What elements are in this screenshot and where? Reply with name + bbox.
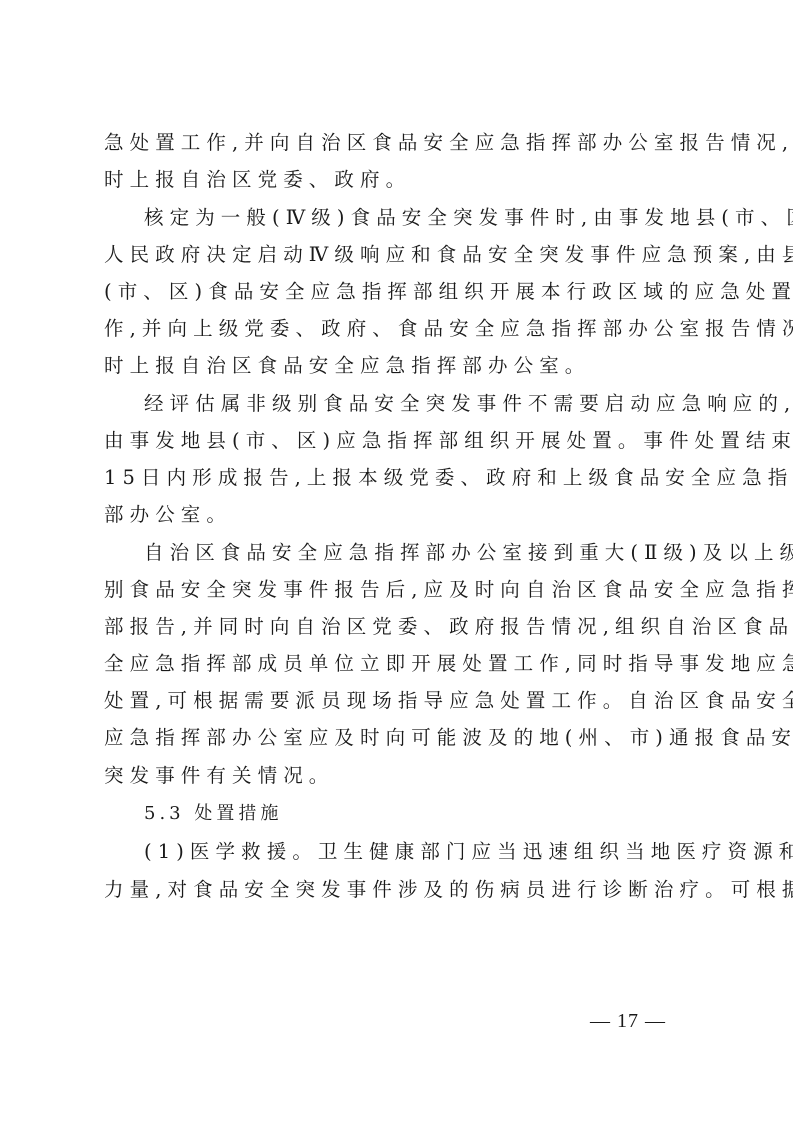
text-line: 时上报自治区食品安全应急指挥部办公室。	[104, 353, 692, 379]
section-heading: 5.3 处置措施	[104, 801, 692, 827]
paragraph-start-line: 经评估属非级别食品安全突发事件不需要启动应急响应的,	[104, 391, 692, 417]
text-line: 由事发地县(市、区)应急指挥部组织开展处置。事件处置结束后	[104, 428, 692, 454]
text-line: 应急指挥部办公室应及时向可能波及的地(州、市)通报食品安全	[104, 725, 692, 751]
text-line: 人民政府决定启动Ⅳ级响应和食品安全突发事件应急预案,由县	[104, 242, 692, 268]
paragraph-start-line: 核定为一般(Ⅳ级)食品安全突发事件时,由事发地县(市、区)	[104, 205, 692, 231]
text-line: 力量,对食品安全突发事件涉及的伤病员进行诊断治疗。可根据	[104, 877, 692, 903]
text-line: 作,并向上级党委、政府、食品安全应急指挥部办公室报告情况,同	[104, 316, 692, 342]
text-line: (市、区)食品安全应急指挥部组织开展本行政区域的应急处置工	[104, 279, 692, 305]
text-line: 全应急指挥部成员单位立即开展处置工作,同时指导事发地应急	[104, 651, 692, 677]
paragraph-start-line: (1)医学救援。卫生健康部门应当迅速组织当地医疗资源和	[104, 839, 692, 865]
text-line: 部办公室。	[104, 502, 692, 528]
text-line: 15日内形成报告,上报本级党委、政府和上级食品安全应急指挥	[104, 465, 692, 491]
text-line: 时上报自治区党委、政府。	[104, 167, 692, 193]
text-line: 急处置工作,并向自治区食品安全应急指挥部办公室报告情况,同	[104, 130, 692, 156]
paragraph-start-line: 自治区食品安全应急指挥部办公室接到重大(Ⅱ级)及以上级	[104, 540, 692, 566]
text-line: 处置,可根据需要派员现场指导应急处置工作。自治区食品安全	[104, 688, 692, 714]
text-line: 突发事件有关情况。	[104, 763, 692, 789]
text-line: 别食品安全突发事件报告后,应及时向自治区食品安全应急指挥	[104, 577, 692, 603]
text-line: 部报告,并同时向自治区党委、政府报告情况,组织自治区食品安	[104, 614, 692, 640]
page-number: — 17 —	[590, 1010, 666, 1033]
